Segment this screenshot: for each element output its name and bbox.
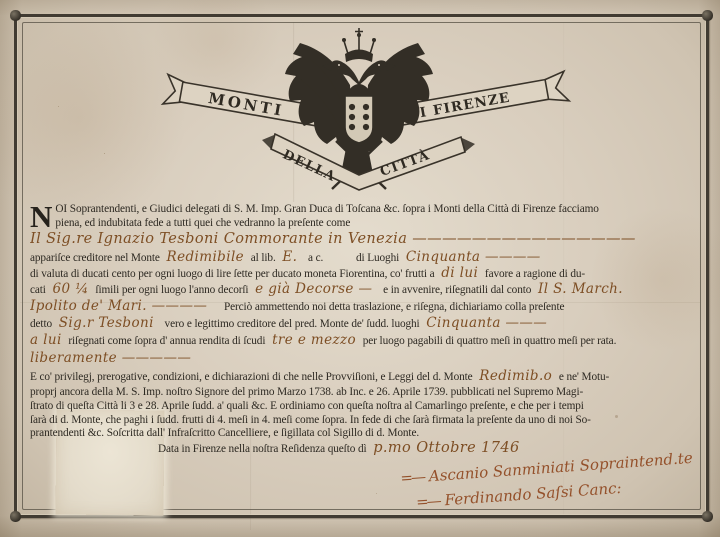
printed-text: ſarà di d. Monte, che paghi i ſudd. frut… xyxy=(30,414,591,426)
printed-line: proprj ancora della M. S. Imp. noſtro Si… xyxy=(30,386,700,400)
printed-text: e in avvenire, riſegnatili dal conto xyxy=(383,284,531,296)
pen-flourish: =— xyxy=(400,468,425,488)
crown-icon xyxy=(342,28,376,62)
mixed-line: appariſce creditore nel Monte Redimibile… xyxy=(30,250,700,267)
mixed-line: Ipolito de' Mari. ———— Perciò ammettendo… xyxy=(30,299,700,316)
printed-text: per luogo pagabili di quattro meſi in qu… xyxy=(363,335,617,347)
printed-text: proprj ancora della M. S. Imp. noſtro Si… xyxy=(30,386,583,398)
handwritten-insert: liberamente ————— xyxy=(30,350,191,366)
rent-amount-handwritten: tre e mezzo xyxy=(272,332,356,348)
printed-text: detto xyxy=(30,318,52,330)
pen-flourish: =— xyxy=(416,492,441,512)
printed-text: favore a ragione di du- xyxy=(485,268,585,280)
printed-text: Perciò ammettendo noi detta traslazione,… xyxy=(224,301,564,313)
banner-bottom-right-text: CITTÀ xyxy=(378,147,433,180)
printed-line: piena, ed indubitata fede a tutti quei c… xyxy=(30,217,700,231)
printed-text: riſegnati come ſopra d' annua rendita di… xyxy=(68,335,265,347)
printed-text: a c. xyxy=(308,252,323,264)
handwritten-line: Il Sig.re Ignazio Tesboni Commorante in … xyxy=(30,231,700,250)
handwritten-insert: di lui xyxy=(441,265,478,281)
handwritten-insert: Il S. March. xyxy=(538,281,623,297)
printed-text: e ne' Motu- xyxy=(559,371,609,383)
printed-text: al lib. xyxy=(251,252,276,264)
mixed-line: E co' privilegj, prerogative, condizioni… xyxy=(30,369,700,386)
ledger-letter-handwritten: E. xyxy=(282,249,297,265)
luoghi-count-handwritten: Cinquanta ——— xyxy=(426,315,547,331)
date-handwritten: p.mo Ottobre 1746 xyxy=(373,440,519,456)
monte-type-handwritten: Redimibile xyxy=(167,249,245,265)
mixed-line: a lui riſegnati come ſopra d' annua rend… xyxy=(30,333,700,350)
handwritten-insert: e già Decorse — xyxy=(255,281,372,297)
ducati-rate-handwritten: 60 ¼ xyxy=(53,281,89,297)
border-corner-ornament xyxy=(10,511,21,522)
medici-shield xyxy=(345,96,373,143)
border-corner-ornament xyxy=(702,511,713,522)
printed-line: prantendenti &c. Soſcritta dall' Infraſc… xyxy=(30,427,700,441)
border-corner-ornament xyxy=(702,10,713,21)
luoghi-count-handwritten: Cinquanta ———— xyxy=(406,249,541,265)
previous-holder-handwritten: Ipolito de' Mari. ———— xyxy=(30,298,207,314)
certificate-text: N OI Soprantendenti, e Giudici delegati … xyxy=(30,203,700,458)
border-corner-ornament xyxy=(10,10,21,21)
creditor-name-handwritten: Il Sig.re Ignazio Tesboni Commorante in … xyxy=(30,231,636,247)
printed-text: OI Soprantendenti, e Giudici delegati di… xyxy=(55,203,598,215)
printed-text: E co' privilegj, prerogative, condizioni… xyxy=(30,371,473,383)
printed-line: OI Soprantendenti, e Giudici delegati di… xyxy=(30,203,700,217)
mixed-line: detto Sig.r Tesboni vero e legittimo cre… xyxy=(30,316,700,333)
printed-text: ſimili per ogni luogo l'anno decorſi xyxy=(95,284,248,296)
drop-cap: N xyxy=(30,203,55,229)
printed-text: ſtrato di queſta Città li 3 e 28. Aprile… xyxy=(30,400,584,412)
printed-text: Data in Firenze nella noſtra Reſidenza q… xyxy=(158,443,367,455)
creditor-short-handwritten: Sig.r Tesboni xyxy=(59,315,154,331)
mixed-line: di valuta di ducati cento per ogni luogo… xyxy=(30,267,700,282)
handwritten-line: liberamente ————— xyxy=(30,350,700,369)
monte-type-handwritten: Redimib.o xyxy=(479,368,552,384)
printed-line: ſarà di d. Monte, che paghi i ſudd. frut… xyxy=(30,414,700,428)
eagle-crest-icon: MONTI DI FIRENZE xyxy=(140,22,600,210)
printed-text: vero e legittimo creditore del pred. Mon… xyxy=(165,318,420,330)
scanned-certificate: MONTI DI FIRENZE xyxy=(0,0,720,537)
handwritten-insert: a lui xyxy=(30,332,62,348)
printed-line: ſtrato di queſta Città li 3 e 28. Aprile… xyxy=(30,400,700,414)
printed-text: appariſce creditore nel Monte xyxy=(30,252,160,264)
printed-text: di Luoghi xyxy=(356,252,399,264)
mixed-line: cati 60 ¼ ſimili per ogni luogo l'anno d… xyxy=(30,282,700,299)
printed-text: piena, ed indubitata fede a tutti quei c… xyxy=(55,217,350,229)
printed-text: cati xyxy=(30,284,46,296)
printed-text: prantendenti &c. Soſcritta dall' Infraſc… xyxy=(30,427,419,439)
printed-text: di valuta di ducati cento per ogni luogo… xyxy=(30,268,435,280)
